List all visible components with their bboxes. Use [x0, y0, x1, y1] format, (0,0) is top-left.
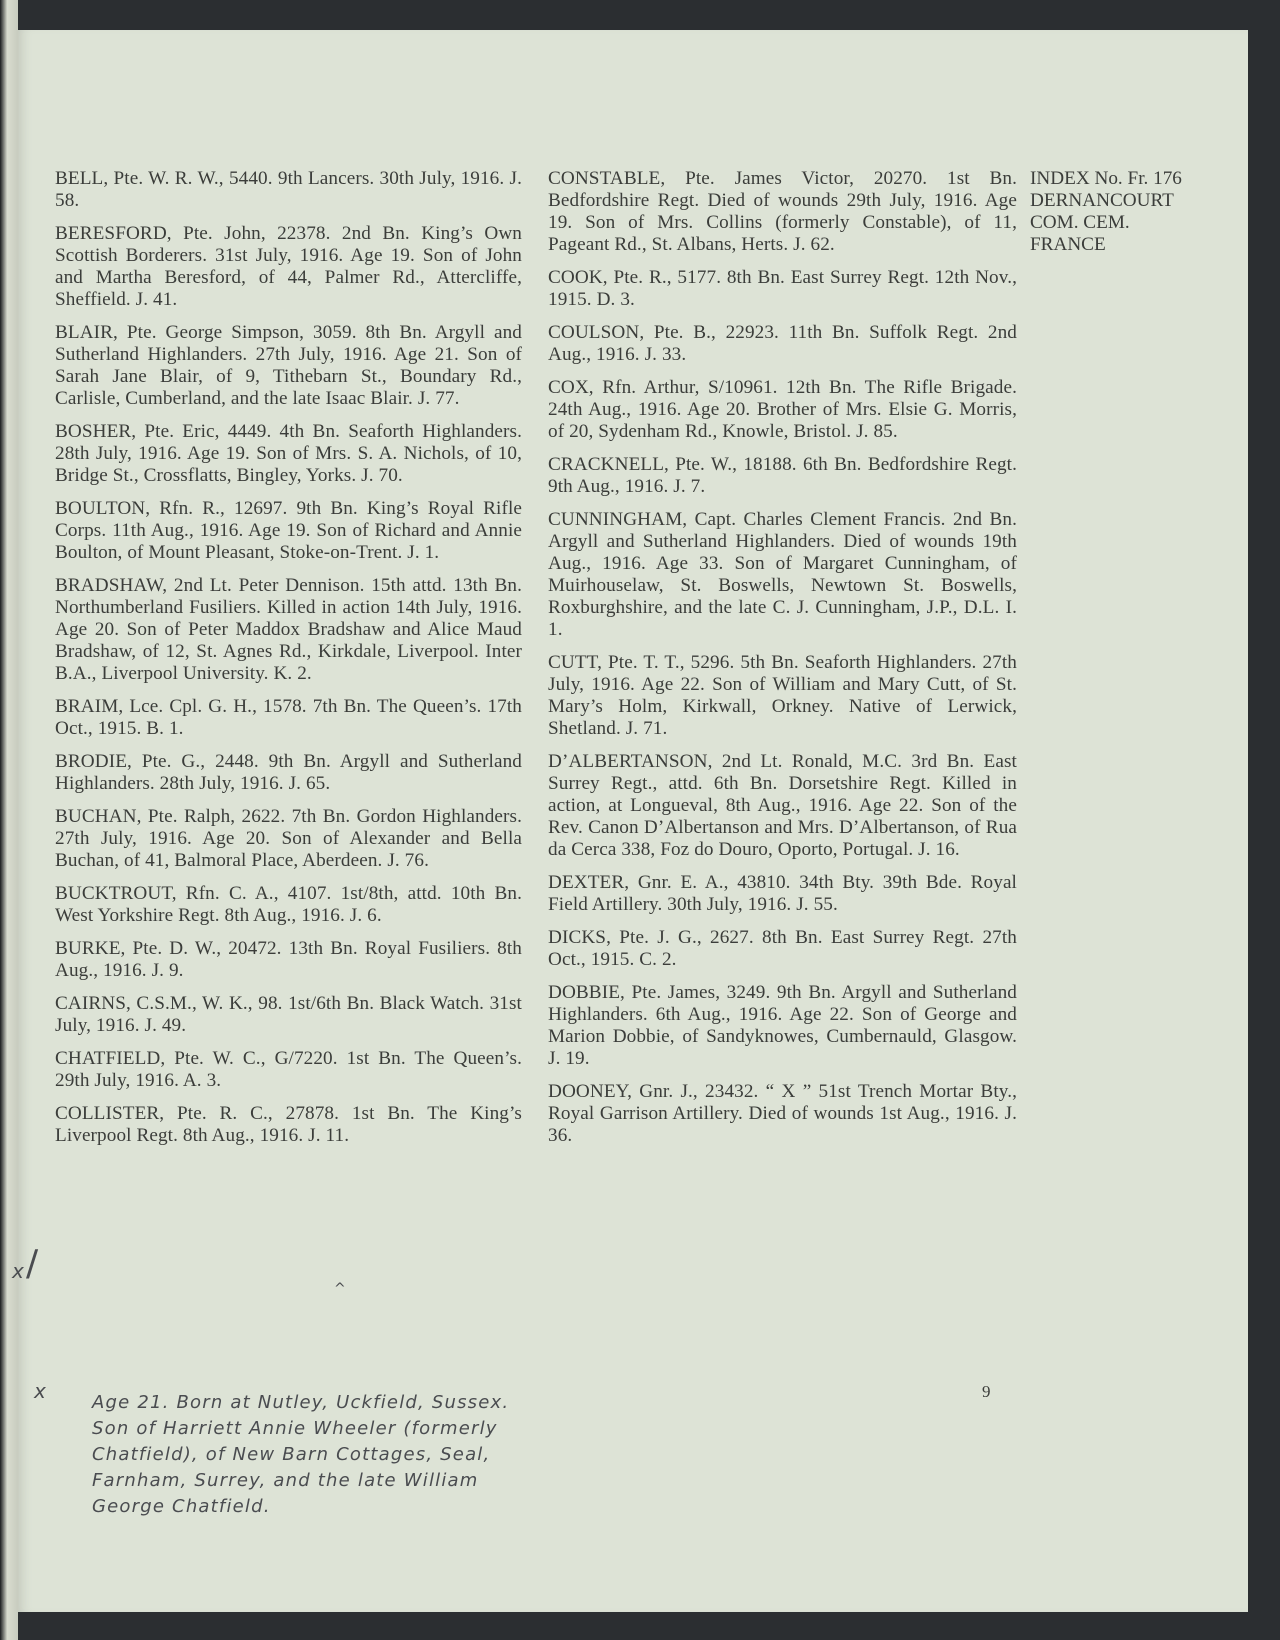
entry-constable: CONSTABLE, Pte. James Victor, 20270. 1st…	[548, 168, 1017, 256]
entry-beresford: BERESFORD, Pte. John, 22378. 2nd Bn. Kin…	[55, 223, 522, 311]
entry-chatfield: CHATFIELD, Pte. W. C., G/7220. 1st Bn. T…	[55, 1048, 522, 1092]
entry-boulton: BOULTON, Rfn. R., 12697. 9th Bn. King’s …	[55, 498, 522, 564]
entry-bucktrout: BUCKTROUT, Rfn. C. A., 4107. 1st/8th, at…	[55, 883, 522, 927]
entry-cutt: CUTT, Pte. T. T., 5296. 5th Bn. Seaforth…	[548, 652, 1017, 740]
entry-braim: BRAIM, Lce. Cpl. G. H., 1578. 7th Bn. Th…	[55, 696, 522, 740]
book-spine-edge	[0, 0, 18, 1640]
entry-cox: COX, Rfn. Arthur, S/10961. 12th Bn. The …	[548, 377, 1017, 443]
entry-bell: BELL, Pte. W. R. W., 5440. 9th Lancers. …	[55, 168, 522, 212]
page-number: 9	[982, 1382, 991, 1402]
note-x-mark: x	[34, 1378, 47, 1404]
entry-cracknell: CRACKNELL, Pte. W., 18188. 6th Bn. Bedfo…	[548, 454, 1017, 498]
handwritten-line: Farnham, Surrey, and the late William	[92, 1468, 532, 1494]
entry-bradshaw: BRADSHAW, 2nd Lt. Peter Dennison. 15th a…	[55, 575, 522, 685]
entry-dooney: DOONEY, Gnr. J., 23432. “ X ” 51st Trenc…	[548, 1081, 1017, 1147]
index-number: INDEX No. Fr. 176	[1030, 168, 1182, 190]
handwritten-note: Age 21. Born at Nutley, Uckfield, Sussex…	[92, 1390, 532, 1520]
handwritten-line: Chatfield), of New Barn Cottages, Seal,	[92, 1442, 532, 1468]
cemetery-type: COM. CEM.	[1030, 212, 1182, 234]
margin-slash-mark: /	[26, 1251, 39, 1277]
entry-cunningham: CUNNINGHAM, Capt. Charles Clement Franci…	[548, 509, 1017, 641]
handwritten-line: Son of Harriett Annie Wheeler (formerly	[92, 1416, 532, 1442]
entry-collister: COLLISTER, Pte. R. C., 27878. 1st Bn. Th…	[55, 1103, 522, 1147]
right-column: CONSTABLE, Pte. James Victor, 20270. 1st…	[548, 168, 1017, 1158]
insertion-caret-mark: ^	[334, 1276, 347, 1302]
cemetery-country: FRANCE	[1030, 234, 1182, 256]
entry-buchan: BUCHAN, Pte. Ralph, 2622. 7th Bn. Gordon…	[55, 806, 522, 872]
entry-bosher: BOSHER, Pte. Eric, 4449. 4th Bn. Seafort…	[55, 421, 522, 487]
margin-x-mark: x	[12, 1258, 25, 1284]
entry-dicks: DICKS, Pte. J. G., 2627. 8th Bn. East Su…	[548, 927, 1017, 971]
entry-burke: BURKE, Pte. D. W., 20472. 13th Bn. Royal…	[55, 938, 522, 982]
handwritten-line: George Chatfield.	[92, 1494, 532, 1520]
entry-cairns: CAIRNS, C.S.M., W. K., 98. 1st/6th Bn. B…	[55, 993, 522, 1037]
entry-brodie: BRODIE, Pte. G., 2448. 9th Bn. Argyll an…	[55, 751, 522, 795]
entry-coulson: COULSON, Pte. B., 22923. 11th Bn. Suffol…	[548, 322, 1017, 366]
entry-cook: COOK, Pte. R., 5177. 8th Bn. East Surrey…	[548, 267, 1017, 311]
cemetery-name: DERNANCOURT	[1030, 190, 1182, 212]
left-column: BELL, Pte. W. R. W., 5440. 9th Lancers. …	[55, 168, 522, 1158]
entry-blair: BLAIR, Pte. George Simpson, 3059. 8th Bn…	[55, 322, 522, 410]
handwritten-line: Age 21. Born at Nutley, Uckfield, Sussex…	[92, 1390, 532, 1416]
entry-dalbertanson: D’ALBERTANSON, 2nd Lt. Ronald, M.C. 3rd …	[548, 751, 1017, 861]
entry-dexter: DEXTER, Gnr. E. A., 43810. 34th Bty. 39t…	[548, 872, 1017, 916]
cemetery-index-header: INDEX No. Fr. 176 DERNANCOURT COM. CEM. …	[1030, 168, 1182, 256]
entry-dobbie: DOBBIE, Pte. James, 3249. 9th Bn. Argyll…	[548, 982, 1017, 1070]
